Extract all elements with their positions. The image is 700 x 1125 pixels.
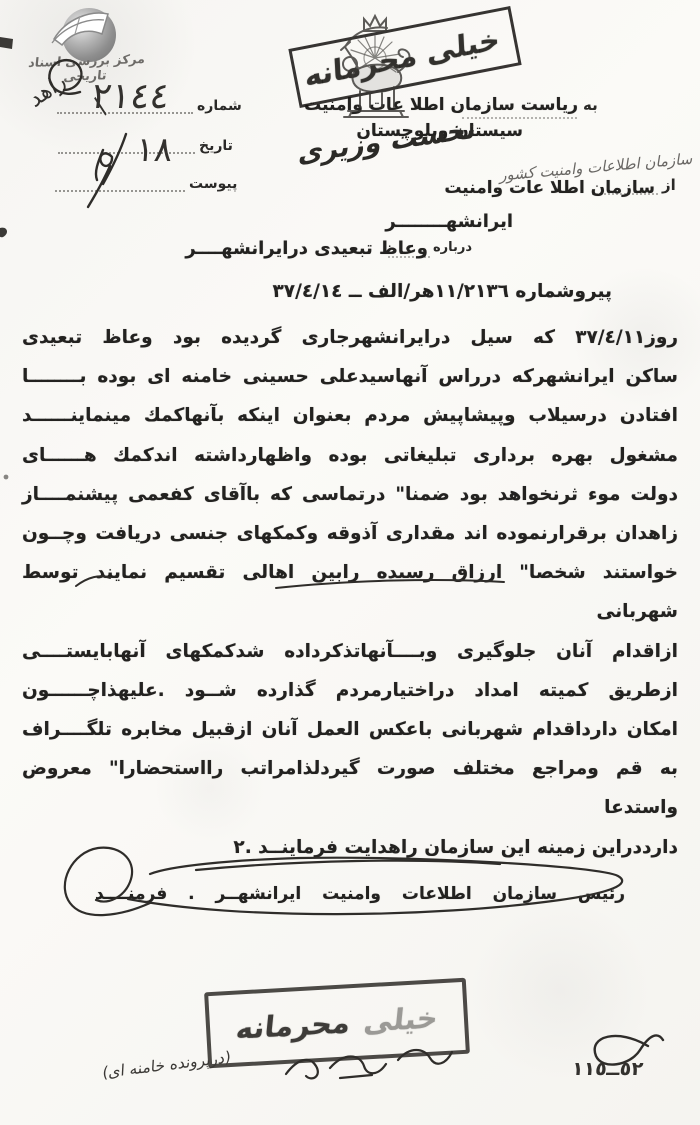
body-line: روز٣٧/٤/١١ که سیل درایرانشهرجاری گردیده … — [22, 318, 678, 357]
from-sender-line2: ایرانشهــــــــر — [385, 211, 513, 232]
attachment-dotted-leader — [55, 190, 185, 192]
attachment-field-label: پیوست — [189, 176, 237, 192]
reference-number-line: پیروشماره ١١/٢١٣٦هر/الف ــ ٣٧/٤/١٤ — [272, 281, 612, 302]
confidential-stamp-bottom: خیلی محرمانه — [204, 978, 470, 1069]
subject-value: وعاظ تبعیدی درایرانشهــــر — [185, 238, 428, 259]
lion-and-sun-emblem-icon — [318, 10, 433, 122]
open-book-icon — [44, 3, 124, 51]
body-line: زاهدان برقرارنموده اند مقداری آذوقه وکمک… — [22, 514, 678, 553]
from-field-label: از — [662, 176, 676, 194]
body-line: افتادن درسیلاب وپیشاپیش مردم بعنوان اینک… — [22, 396, 678, 435]
archive-number: ٥٢ــ١١٥ — [571, 1058, 644, 1080]
body-line: امکان دارداقدام شهربانی باعکس العمل آنان… — [22, 710, 678, 749]
body-line: دارددراین زمینه این سازمان راهدایت فرمای… — [22, 828, 678, 867]
date-field-label: تاریخ — [199, 138, 233, 154]
filing-handwritten-note: (درپرونده خامنه ای) — [102, 1048, 231, 1082]
date-flourish-strokes — [88, 134, 126, 207]
letter-body: روز٣٧/٤/١١ که سیل درایرانشهرجاری گردیده … — [22, 318, 678, 867]
scanned-document-page: مرکز بررسی اسناد تاریخی خیلی محرمانه — [0, 0, 700, 1125]
body-line: ازطریق کمیته امداد دراختیارمردم گذارده ش… — [22, 671, 678, 710]
date-handwritten-value: ١٨ — [134, 130, 175, 170]
from-sender-line1: سازمان اطلا عات وامنیت — [444, 178, 655, 198]
date-dotted-leader — [58, 152, 195, 154]
confidential-stamp-bottom-word1: خیلی — [362, 1000, 439, 1038]
confidential-stamp-bottom-word2: محرمانه — [234, 1005, 352, 1046]
body-line: خواستند شخصا" ارزاق رسیده رابین اهالی تق… — [22, 553, 678, 631]
body-line: دولت موء ثرنخواهد بود ضمنا" درتماسی که ب… — [22, 475, 678, 514]
body-line: مشغول بهره برداری تبلیغاتی بوده واظهاردا… — [22, 436, 678, 475]
body-line: ساکن ایرانشهرکه درراس آنهاسیدعلی حسینی خ… — [22, 357, 678, 396]
body-line: به قم ومراجع مختلف صورت گیردلذامراتب راا… — [22, 749, 678, 827]
scan-edge-marks — [0, 37, 13, 479]
to-field-label: به — [583, 96, 598, 114]
body-line: ازاقدام آنان جلوگیری وبــــآنهاتذکرداده … — [22, 632, 678, 671]
to-dotted-leader — [462, 117, 577, 119]
signature-typed-line: رئیس سازمان اطلاعات وامنیت ایرانشهــر . … — [95, 884, 625, 904]
number-field-label: شماره — [197, 98, 242, 114]
subject-field-label: درباره — [433, 240, 472, 255]
archive-logo: مرکز بررسی اسناد تاریخی — [26, 6, 148, 80]
